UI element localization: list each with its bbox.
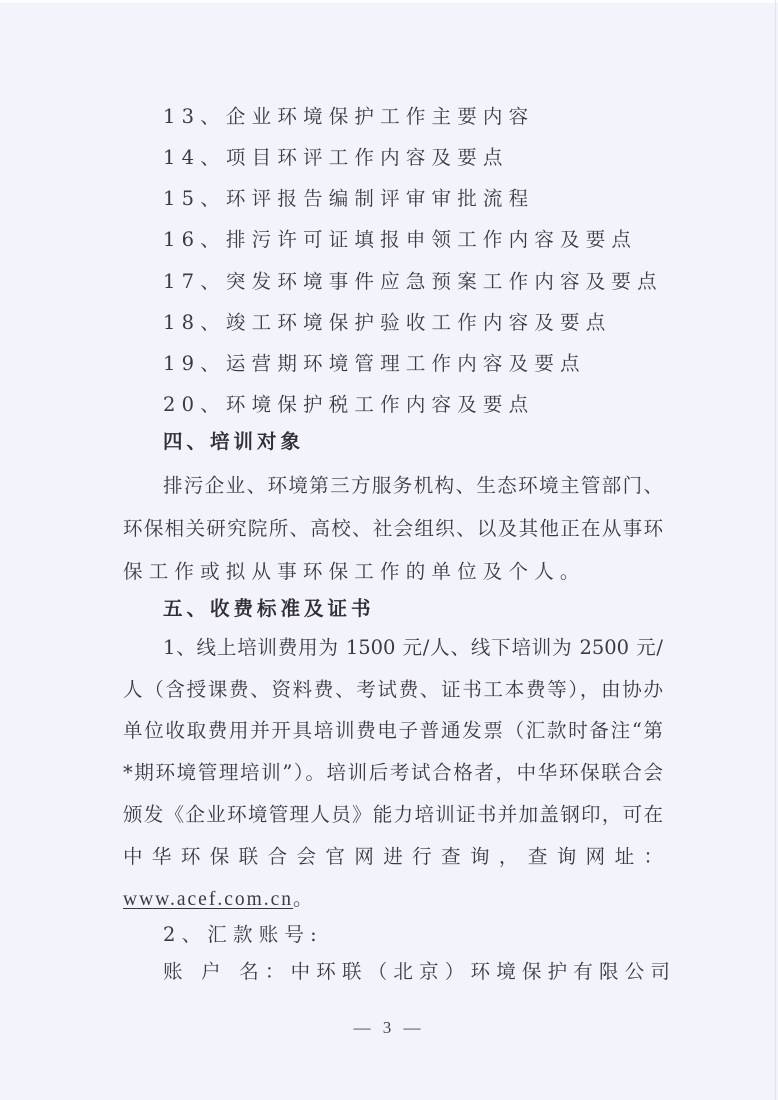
account-name-line: 账 户 名：中环联（北京）环境保护有限公司 [163, 959, 663, 985]
url-line: www.acef.com.cn。 [123, 886, 663, 912]
list-item: 20、环境保护税工作内容及要点 [163, 392, 663, 418]
page-right-edge [775, 0, 776, 1100]
paragraph-line: 环保相关研究院所、高校、社会组织、以及其他正在从事环 [123, 516, 663, 542]
list-item: 17、突发环境事件应急预案工作内容及要点 [163, 269, 663, 295]
list-item: 15、环评报告编制评审审批流程 [163, 186, 663, 212]
paragraph-line: 单位收取费用并开具培训费电子普通发票（汇款时备注“第 [123, 718, 663, 744]
section-heading-training-audience: 四、培训对象 [163, 429, 663, 455]
paragraph-line: 排污企业、环境第三方服务机构、生态环境主管部门、 [163, 473, 663, 499]
list-item: 16、排污许可证填报申领工作内容及要点 [163, 227, 663, 253]
list-item: 14、项目环评工作内容及要点 [163, 145, 663, 171]
website-link[interactable]: www.acef.com.cn [123, 889, 293, 910]
paragraph-line: 1、线上培训费用为 1500 元/人、线下培训为 2500 元/ [163, 635, 663, 661]
url-suffix: 。 [293, 887, 319, 910]
page-top-edge [0, 0, 778, 3]
remittance-label: 2、汇款账号: [163, 922, 663, 948]
list-item: 18、竣工环境保护验收工作内容及要点 [163, 310, 663, 336]
list-item: 13、企业环境保护工作主要内容 [163, 104, 663, 130]
paragraph-line: 颁发《企业环境管理人员》能力培训证书并加盖钢印，可在 [123, 802, 663, 828]
paragraph-line: 保工作或拟从事环保工作的单位及个人。 [123, 559, 663, 585]
paragraph-line: 人（含授课费、资料费、考试费、证书工本费等），由协办 [123, 677, 663, 703]
section-heading-fees-certificate: 五、收费标准及证书 [163, 596, 663, 622]
paragraph-line: 中华环保联合会官网进行查询，查询网址： [123, 844, 663, 870]
list-item: 19、运营期环境管理工作内容及要点 [163, 351, 663, 377]
page-number: — 3 — [0, 1018, 778, 1038]
paragraph-line: *期环境管理培训”）。培训后考试合格者，中华环保联合会 [123, 760, 663, 786]
